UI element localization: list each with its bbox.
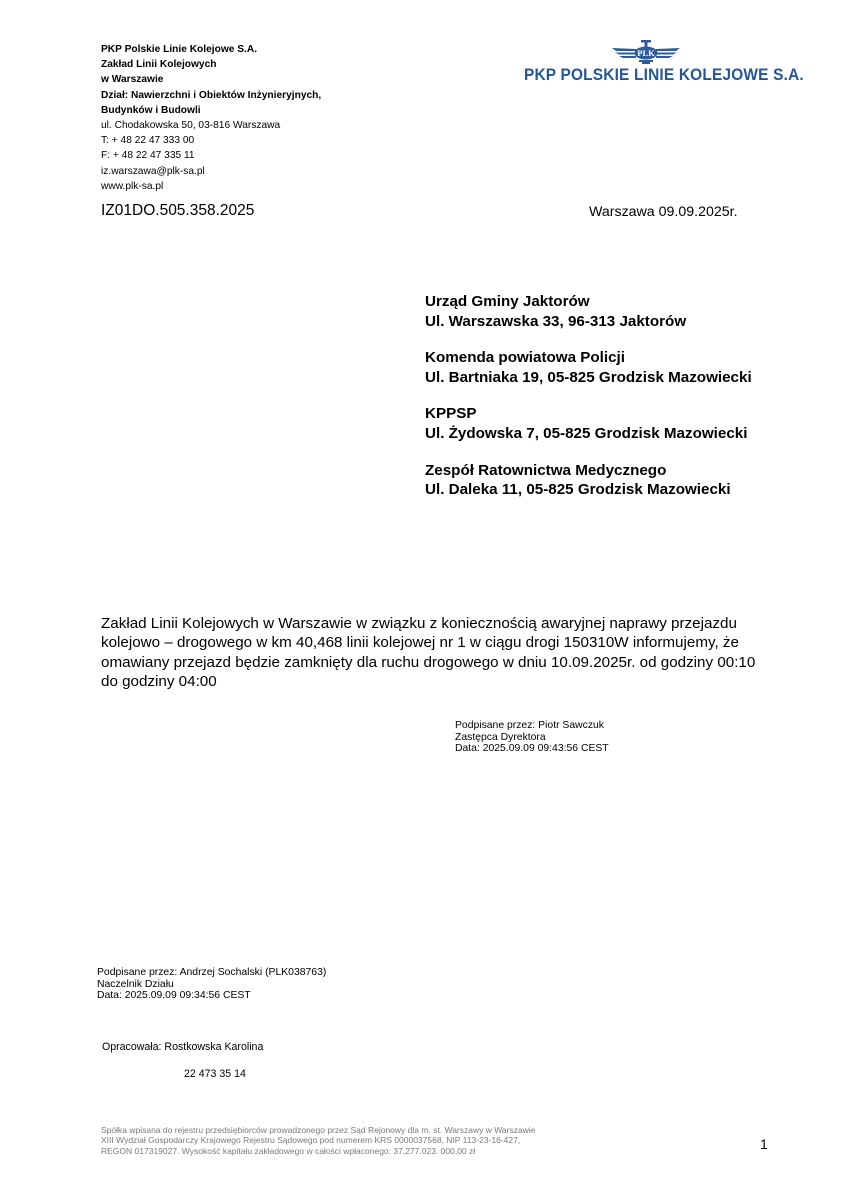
recipient: Urząd Gminy Jaktorów Ul. Warszawska 33, …	[425, 292, 752, 331]
company-logo: PLK PKP POLSKIE LINIE KOLEJOWE S.A.	[522, 40, 770, 88]
sender-address: ul. Chodakowska 50, 03-816 Warszawa	[101, 118, 321, 133]
signature-department-head: Podpisane przez: Andrzej Sochalski (PLK0…	[97, 967, 326, 1002]
recipient: Komenda powiatowa Policji Ul. Bartniaka …	[425, 348, 752, 387]
sender-department: Dział: Nawierzchni i Obiektów Inżynieryj…	[101, 88, 321, 103]
footer-line: REGON 017319027. Wysokość kapitału zakła…	[101, 1146, 535, 1156]
recipient-address: Ul. Bartniaka 19, 05-825 Grodzisk Mazowi…	[425, 368, 752, 388]
signature-date: Data: 2025.09.09 09:43:56 CEST	[455, 743, 609, 755]
winged-rail-emblem-icon: PLK	[610, 40, 682, 66]
sender-block: PKP Polskie Linie Kolejowe S.A. Zakład L…	[101, 42, 321, 194]
footer-line: Spółka wpisana do rejestru przedsiębiorc…	[101, 1125, 535, 1135]
recipient-name: KPPSP	[425, 404, 752, 424]
sender-unit: Zakład Linii Kolejowych	[101, 57, 321, 72]
sender-city: w Warszawie	[101, 72, 321, 87]
sender-website: www.plk-sa.pl	[101, 179, 321, 194]
signature-signed-by: Podpisane przez: Andrzej Sochalski (PLK0…	[97, 967, 326, 979]
recipient-name: Komenda powiatowa Policji	[425, 348, 752, 368]
page-number: 1	[760, 1136, 768, 1152]
sender-phone: T: + 48 22 47 333 00	[101, 133, 321, 148]
logo-company-name: PKP POLSKIE LINIE KOLEJOWE S.A.	[524, 65, 804, 85]
recipient: KPPSP Ul. Żydowska 7, 05-825 Grodzisk Ma…	[425, 404, 752, 443]
signature-signed-by: Podpisane przez: Piotr Sawczuk	[455, 720, 609, 732]
prepared-by-phone: 22 473 35 14	[184, 1068, 246, 1080]
legal-footer: Spółka wpisana do rejestru przedsiębiorc…	[101, 1125, 535, 1156]
prepared-by: Opracowała: Rostkowska Karolina	[102, 1041, 263, 1053]
recipient-name: Urząd Gminy Jaktorów	[425, 292, 752, 312]
recipient-address: Ul. Daleka 11, 05-825 Grodzisk Mazowieck…	[425, 480, 752, 500]
signature-date: Data: 2025.09.09 09:34:56 CEST	[97, 990, 326, 1002]
signature-deputy-director: Podpisane przez: Piotr Sawczuk Zastępca …	[455, 720, 609, 755]
recipient-address: Ul. Żydowska 7, 05-825 Grodzisk Mazowiec…	[425, 424, 752, 444]
sender-email: iz.warszawa@plk-sa.pl	[101, 164, 321, 179]
reference-number: IZ01DO.505.358.2025	[101, 202, 254, 220]
sender-company: PKP Polskie Linie Kolejowe S.A.	[101, 42, 321, 57]
recipient: Zespół Ratownictwa Medycznego Ul. Daleka…	[425, 461, 752, 500]
place-date: Warszawa 09.09.2025r.	[589, 204, 738, 220]
sender-fax: F: + 48 22 47 335 11	[101, 148, 321, 163]
recipients-block: Urząd Gminy Jaktorów Ul. Warszawska 33, …	[425, 292, 752, 517]
signature-role: Zastępca Dyrektora	[455, 732, 609, 744]
sender-department-cont: Budynków i Budowli	[101, 103, 321, 118]
footer-line: XIII Wydział Gospodarczy Krajowego Rejes…	[101, 1135, 535, 1145]
letter-body: Zakład Linii Kolejowych w Warszawie w zw…	[101, 614, 761, 691]
recipient-name: Zespół Ratownictwa Medycznego	[425, 461, 752, 481]
svg-text:PLK: PLK	[637, 48, 655, 58]
recipient-address: Ul. Warszawska 33, 96-313 Jaktorów	[425, 312, 752, 332]
signature-role: Naczelnik Działu	[97, 979, 326, 991]
